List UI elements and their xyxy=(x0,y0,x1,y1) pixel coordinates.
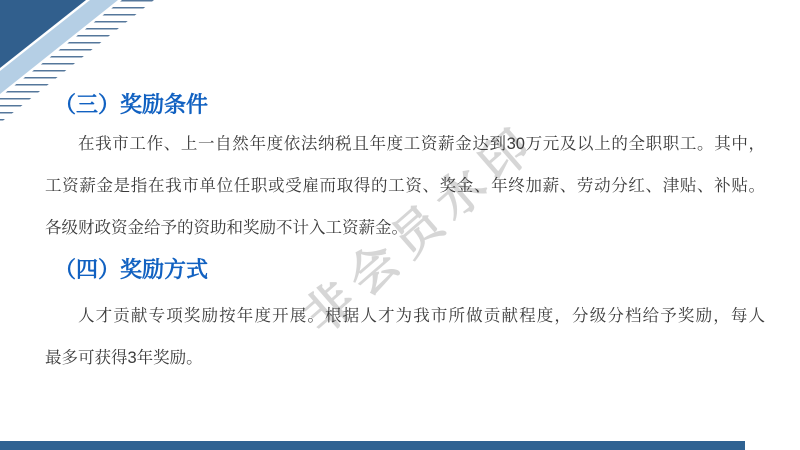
paragraph-line: 工资薪金是指在我市单位任职或受雇而取得的工资、奖金、年终加薪、劳动分红、津贴、补… xyxy=(45,165,765,207)
paragraph-line: 人才贡献专项奖励按年度开展。根据人才为我市所做贡献程度，分级分档给予奖励，每人 xyxy=(45,295,765,337)
paragraph-line: 在我市工作、上一自然年度依法纳税且年度工资薪金达到30万元及以上的全职职工。其中… xyxy=(45,123,765,165)
paragraph-line: 最多可获得3年奖励。 xyxy=(45,337,765,379)
paragraph-reward-conditions: 在我市工作、上一自然年度依法纳税且年度工资薪金达到30万元及以上的全职职工。其中… xyxy=(45,123,765,249)
paragraph-reward-method: 人才贡献专项奖励按年度开展。根据人才为我市所做贡献程度，分级分档给予奖励，每人 … xyxy=(45,295,765,379)
paragraph-line: 各级财政资金给予的资助和奖励不计入工资薪金。 xyxy=(45,207,765,249)
section-heading-reward-method: （四）奖励方式 xyxy=(54,255,208,285)
slide-canvas: 非会员水印 （三）奖励条件 在我市工作、上一自然年度依法纳税且年度工资薪金达到3… xyxy=(0,0,800,450)
bottom-bar-decoration xyxy=(0,441,745,450)
section-heading-reward-conditions: （三）奖励条件 xyxy=(54,90,208,120)
